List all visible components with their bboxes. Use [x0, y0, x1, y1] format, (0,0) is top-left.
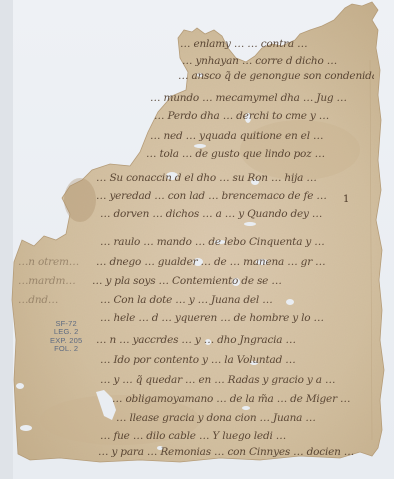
manuscript-line: … dorven … dichos … a … y Quando dey …	[100, 208, 322, 220]
manuscript-line: … llease gracia y dona cion … Juana …	[116, 412, 316, 424]
manuscript-line: … Ido por contento y … la Voluntad …	[100, 354, 296, 366]
manuscript-line: … y para … Remonias … con Cinnyes … doci…	[98, 446, 354, 458]
hole	[16, 383, 24, 389]
manuscript-line: … hele … d … yqueren … de hombre y lo …	[100, 312, 324, 324]
margin-note: …mardm…	[18, 275, 76, 287]
manuscript-line: … ansco q̃ de genongue son condenida …	[178, 70, 374, 82]
manuscript-line: … raulo … mando … de lebo Cinquenta y …	[100, 236, 325, 248]
manuscript-line: … enlamy … … contra …	[180, 38, 307, 50]
manuscript-line: … fue … dilo cable … Y luego ledi …	[100, 430, 286, 442]
manuscript-line: … y pla soys … Contemiento de se …	[92, 275, 282, 287]
manuscript-line: … n … yaccrdes … y … dho Jngracia …	[96, 334, 296, 346]
manuscript-line: … dnego … gualder … de … manena … gr …	[96, 256, 325, 268]
manuscript-line: … ynhayan … corre d̃ dicho …	[182, 55, 337, 67]
manuscript-line: … mundo … mecamymel d̃ha … Jug …	[150, 92, 347, 104]
manuscript-line: … obligamoyamano … de la m̃a … de Miger …	[112, 393, 350, 405]
manuscript-line: … yeredad … con lad … brencemaco de fe …	[96, 190, 327, 202]
manuscript-line: … Su conaccin d̃ el dho … su Ron … hija …	[96, 172, 317, 184]
manuscript-line: … tola … de gusto que lindo poz …	[146, 148, 325, 160]
margin-note: …dnd…	[18, 294, 58, 306]
hole	[286, 299, 294, 305]
manuscript-line: … Perdo dha … derchi to cme y …	[154, 110, 329, 122]
folio-number: 1	[343, 194, 349, 205]
manuscript-line: … Con la dote … y … Juana del …	[100, 294, 273, 306]
manuscript-line: … y … q̃ quedar … en … Radas y gracio y …	[100, 374, 335, 386]
manuscript-line: … ned … yquada quitione en el …	[150, 130, 323, 142]
hole	[244, 222, 256, 226]
margin-note: …n otrem…	[18, 256, 79, 268]
stamp-line: FOL. 2	[50, 345, 82, 353]
archive-stamp: SF-72 LEG. 2 EXP. 205 FOL. 2	[50, 320, 82, 354]
hole	[242, 406, 250, 410]
hole	[20, 425, 32, 431]
